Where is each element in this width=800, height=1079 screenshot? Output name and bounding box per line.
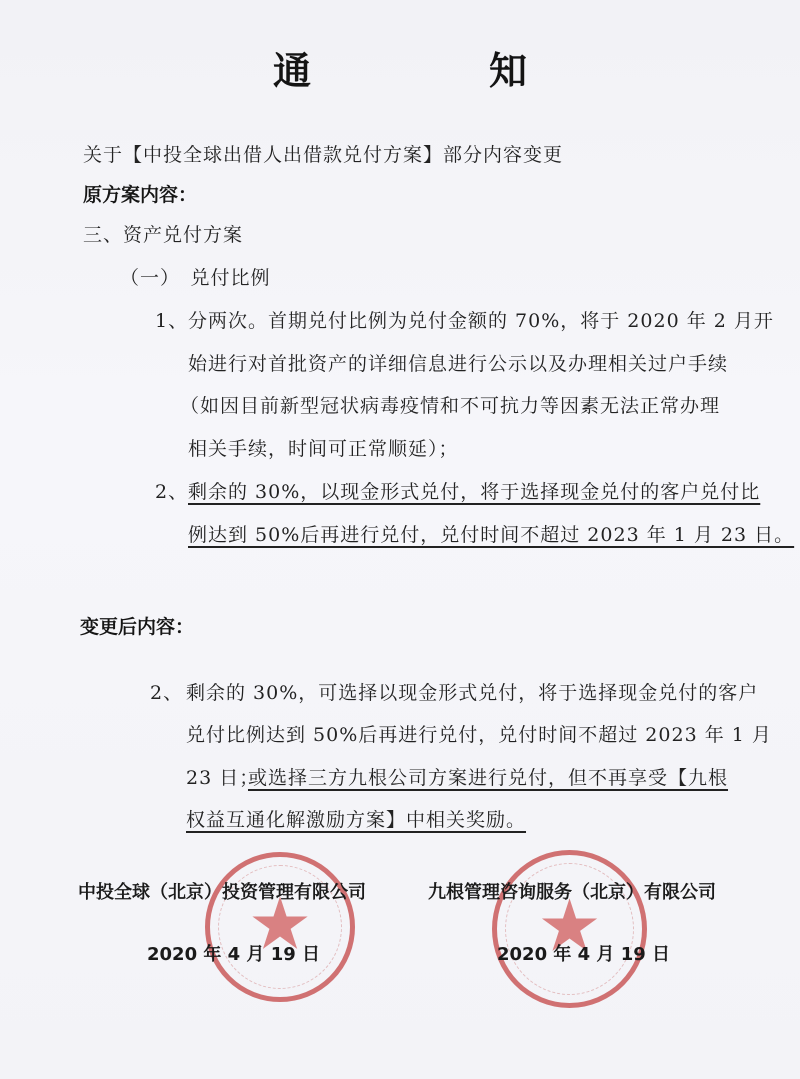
company-seal-right: ★: [492, 850, 647, 1008]
item-number: 1、: [155, 306, 188, 333]
item-line: 剩余的 30%，可选择以现金形式兑付，将于选择现金兑付的客户: [186, 678, 758, 705]
item-number: 2、: [155, 477, 188, 504]
signature-company-left: 中投全球（北京）投资管理有限公司: [78, 878, 366, 904]
item-line: （如因目前新型冠状病毒疫情和不可抗力等因素无法正常办理: [180, 391, 720, 418]
item-line: 兑付比例达到 50%后再进行兑付，兑付时间不超过 2023 年 1 月: [186, 720, 772, 747]
item-line: 分两次。首期兑付比例为兑付金额的 70%，将于 2020 年 2 月开: [188, 306, 774, 333]
signature-date-left: 2020 年 4 月 19 日: [147, 940, 320, 966]
item-line: 例达到 50%后再进行兑付，兑付时间不超过 2023 年 1 月 23 日。: [188, 520, 794, 547]
item-number: 2、: [150, 678, 183, 705]
section-heading: 三、资产兑付方案: [83, 220, 243, 247]
signature-date-right: 2020 年 4 月 19 日: [497, 940, 670, 966]
subject-line: 关于【中投全球出借人出借款兑付方案】部分内容变更: [83, 140, 563, 167]
company-seal-left: ★: [205, 852, 355, 1002]
item-line: 或选择三方九根公司方案进行兑付，但不再享受【九根: [248, 763, 728, 790]
document-page: 通 知 关于【中投全球出借人出借款兑付方案】部分内容变更 原方案内容： 三、资产…: [0, 0, 800, 1079]
changed-heading: 变更后内容：: [80, 612, 194, 639]
signature-company-right: 九根管理咨询服务（北京）有限公司: [428, 878, 716, 904]
item-line: 始进行对首批资产的详细信息进行公示以及办理相关过户手续: [188, 349, 728, 376]
original-heading: 原方案内容：: [83, 180, 197, 207]
item-line: 剩余的 30%，以现金形式兑付，将于选择现金兑付的客户兑付比: [188, 477, 760, 504]
item-line: 相关手续，时间可正常顺延）；: [188, 434, 459, 461]
subsection-heading: （一） 兑付比例: [120, 263, 271, 290]
document-title: 通 知: [0, 40, 800, 95]
item-line: 权益互通化解激励方案】中相关奖励。: [186, 805, 526, 832]
